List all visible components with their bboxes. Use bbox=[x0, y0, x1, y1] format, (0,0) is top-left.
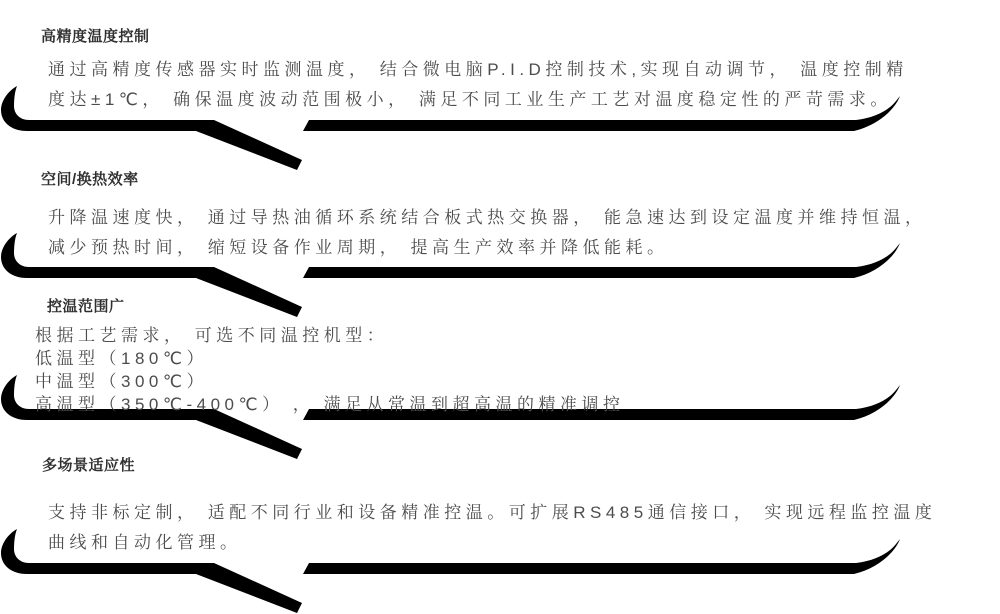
feature-body: 根据工艺需求， 可选不同温控机型： 低温型（180℃） 中温型（300℃） 高温… bbox=[35, 324, 625, 416]
feature-body: 支持非标定制， 适配不同行业和设备精准控温。可扩展RS485通信接口， 实现远程… bbox=[48, 498, 936, 558]
feature-title: 控温范围广 bbox=[47, 297, 125, 317]
feature-body: 升降温速度快， 通过导热油循环系统结合板式热交换器， 能急速达到设定温度并维持恒… bbox=[48, 203, 926, 263]
feature-title: 空间/换热效率 bbox=[41, 170, 139, 190]
product-features-page: 高精度温度控制 通过高精度传感器实时监测温度， 结合微电脑P.I.D控制技术,实… bbox=[0, 0, 1000, 614]
feature-body: 通过高精度传感器实时监测温度， 结合微电脑P.I.D控制技术,实现自动调节， 温… bbox=[48, 55, 908, 115]
feature-title: 多场景适应性 bbox=[42, 456, 135, 476]
feature-title: 高精度温度控制 bbox=[41, 27, 150, 47]
